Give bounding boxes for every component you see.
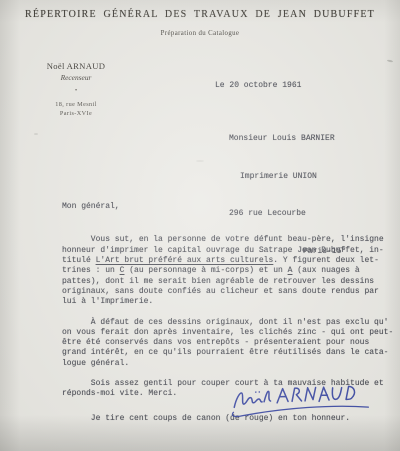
paragraph-line: on vous ferait don après inventaire, les… <box>62 328 400 338</box>
sender-block: Noël ARNAUD Recenseur • 18, rue Mesnil P… <box>28 61 124 118</box>
sender-role: Recenseur <box>28 73 124 82</box>
letterhead-subtitle: Préparation du Catalogue <box>0 30 400 37</box>
paragraph-line: Vous sut, en la personne de votre défunt… <box>62 235 400 245</box>
ornament-dot: • <box>28 88 124 94</box>
letterhead-title: RÉPERTOIRE GÉNÉRAL DES TRAVAUX DE JEAN D… <box>0 9 400 20</box>
paragraph-line: être été conservés dans vos entrepôts - … <box>62 338 400 348</box>
paragraph-line: pattes), dont il me serait bien agréable… <box>62 277 400 287</box>
paragraph: Vous sut, en la personne de votre défunt… <box>62 235 400 307</box>
paper-smudge <box>196 160 204 162</box>
paper-smudge <box>34 133 38 135</box>
paragraph-line: trines : un C (au personnage à mi-corps)… <box>62 266 400 276</box>
salutation: Mon général, <box>62 202 400 212</box>
date-line: Le 20 octobre 1961 <box>215 81 301 90</box>
paragraph: À défaut de ces dessins originaux, dont … <box>62 318 400 369</box>
recipient-name: Monsieur Louis BARNIER <box>229 133 346 146</box>
paragraph-line: honneur d'imprimer le capital ouvrage du… <box>62 246 400 256</box>
signature-noel-arnaud <box>228 375 373 424</box>
sender-name: Noël ARNAUD <box>28 61 124 71</box>
paragraph-line: lui à l'Imprimerie. <box>62 297 400 307</box>
paper-smudge <box>387 59 393 62</box>
sender-address-line1: 18, rue Mesnil <box>28 100 124 109</box>
paragraph-line: logue général. <box>62 359 400 369</box>
paragraph-line: originaux, sans doute confiés au clicheu… <box>62 287 400 297</box>
paragraph-line: À défaut de ces dessins originaux, dont … <box>62 318 400 328</box>
paragraph-line: grand intérêt, en ce qu'ils pourraient ê… <box>62 348 400 358</box>
signature-strokes <box>228 375 373 424</box>
letter-page: RÉPERTOIRE GÉNÉRAL DES TRAVAUX DE JEAN D… <box>0 0 400 451</box>
paragraph-line: titulé L'Art brut préféré aux arts cultu… <box>62 256 400 266</box>
sender-address-line2: Paris-XVIe <box>28 109 124 118</box>
sender-address: 18, rue Mesnil Paris-XVIe <box>28 100 124 118</box>
